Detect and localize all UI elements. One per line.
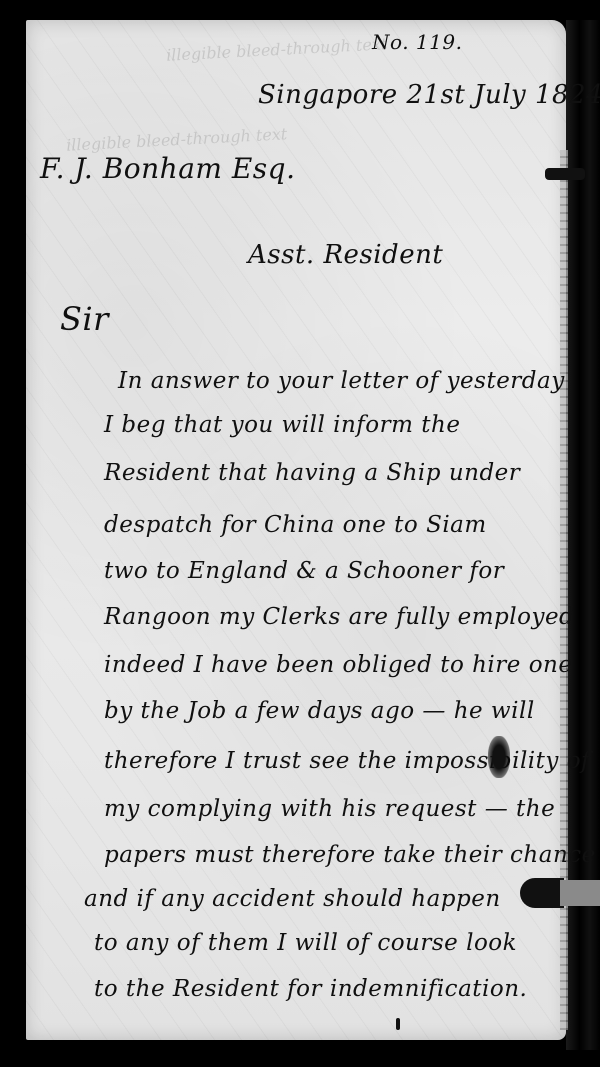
clip-band [560, 880, 600, 906]
ink-blot [488, 736, 510, 778]
clip-head [520, 878, 564, 908]
body-line: Rangoon my Clerks are fully employed [104, 604, 574, 630]
body-line: Resident that having a Ship under [104, 460, 520, 486]
body-line: papers must therefore take their chance [104, 842, 596, 868]
ink-mark [396, 1018, 400, 1030]
scanned-page: illegible bleed-through text illegible b… [0, 0, 600, 1067]
dateline: Singapore 21st July 1824 [258, 80, 600, 110]
body-line: two to England & a Schooner for [104, 558, 504, 584]
salutation: Sir [60, 300, 109, 338]
bleed-through-text: illegible bleed-through text [166, 34, 388, 65]
body-line: I beg that you will inform the [104, 412, 460, 438]
body-line: indeed I have been obliged to hire one [104, 652, 572, 678]
binding-tab [545, 168, 585, 180]
body-line: therefore I trust see the impossibility … [104, 748, 590, 774]
body-line: and if any accident should happen [84, 886, 501, 912]
body-line: my complying with his request — the [104, 796, 555, 822]
body-line: In answer to your letter of yesterday [118, 368, 565, 394]
body-line: by the Job a few days ago — he will [104, 698, 535, 724]
reference-number: No. 119. [372, 30, 462, 54]
body-line: to any of them I will of course look [94, 930, 517, 956]
addressee-title: Asst. Resident [248, 240, 443, 270]
addressee: F. J. Bonham Esq. [40, 152, 296, 185]
body-line: despatch for China one to Siam [104, 512, 487, 538]
body-line: to the Resident for indemnification. [94, 976, 527, 1002]
bleed-through-text: illegible bleed-through text [66, 124, 288, 155]
binder-clip [520, 878, 600, 908]
